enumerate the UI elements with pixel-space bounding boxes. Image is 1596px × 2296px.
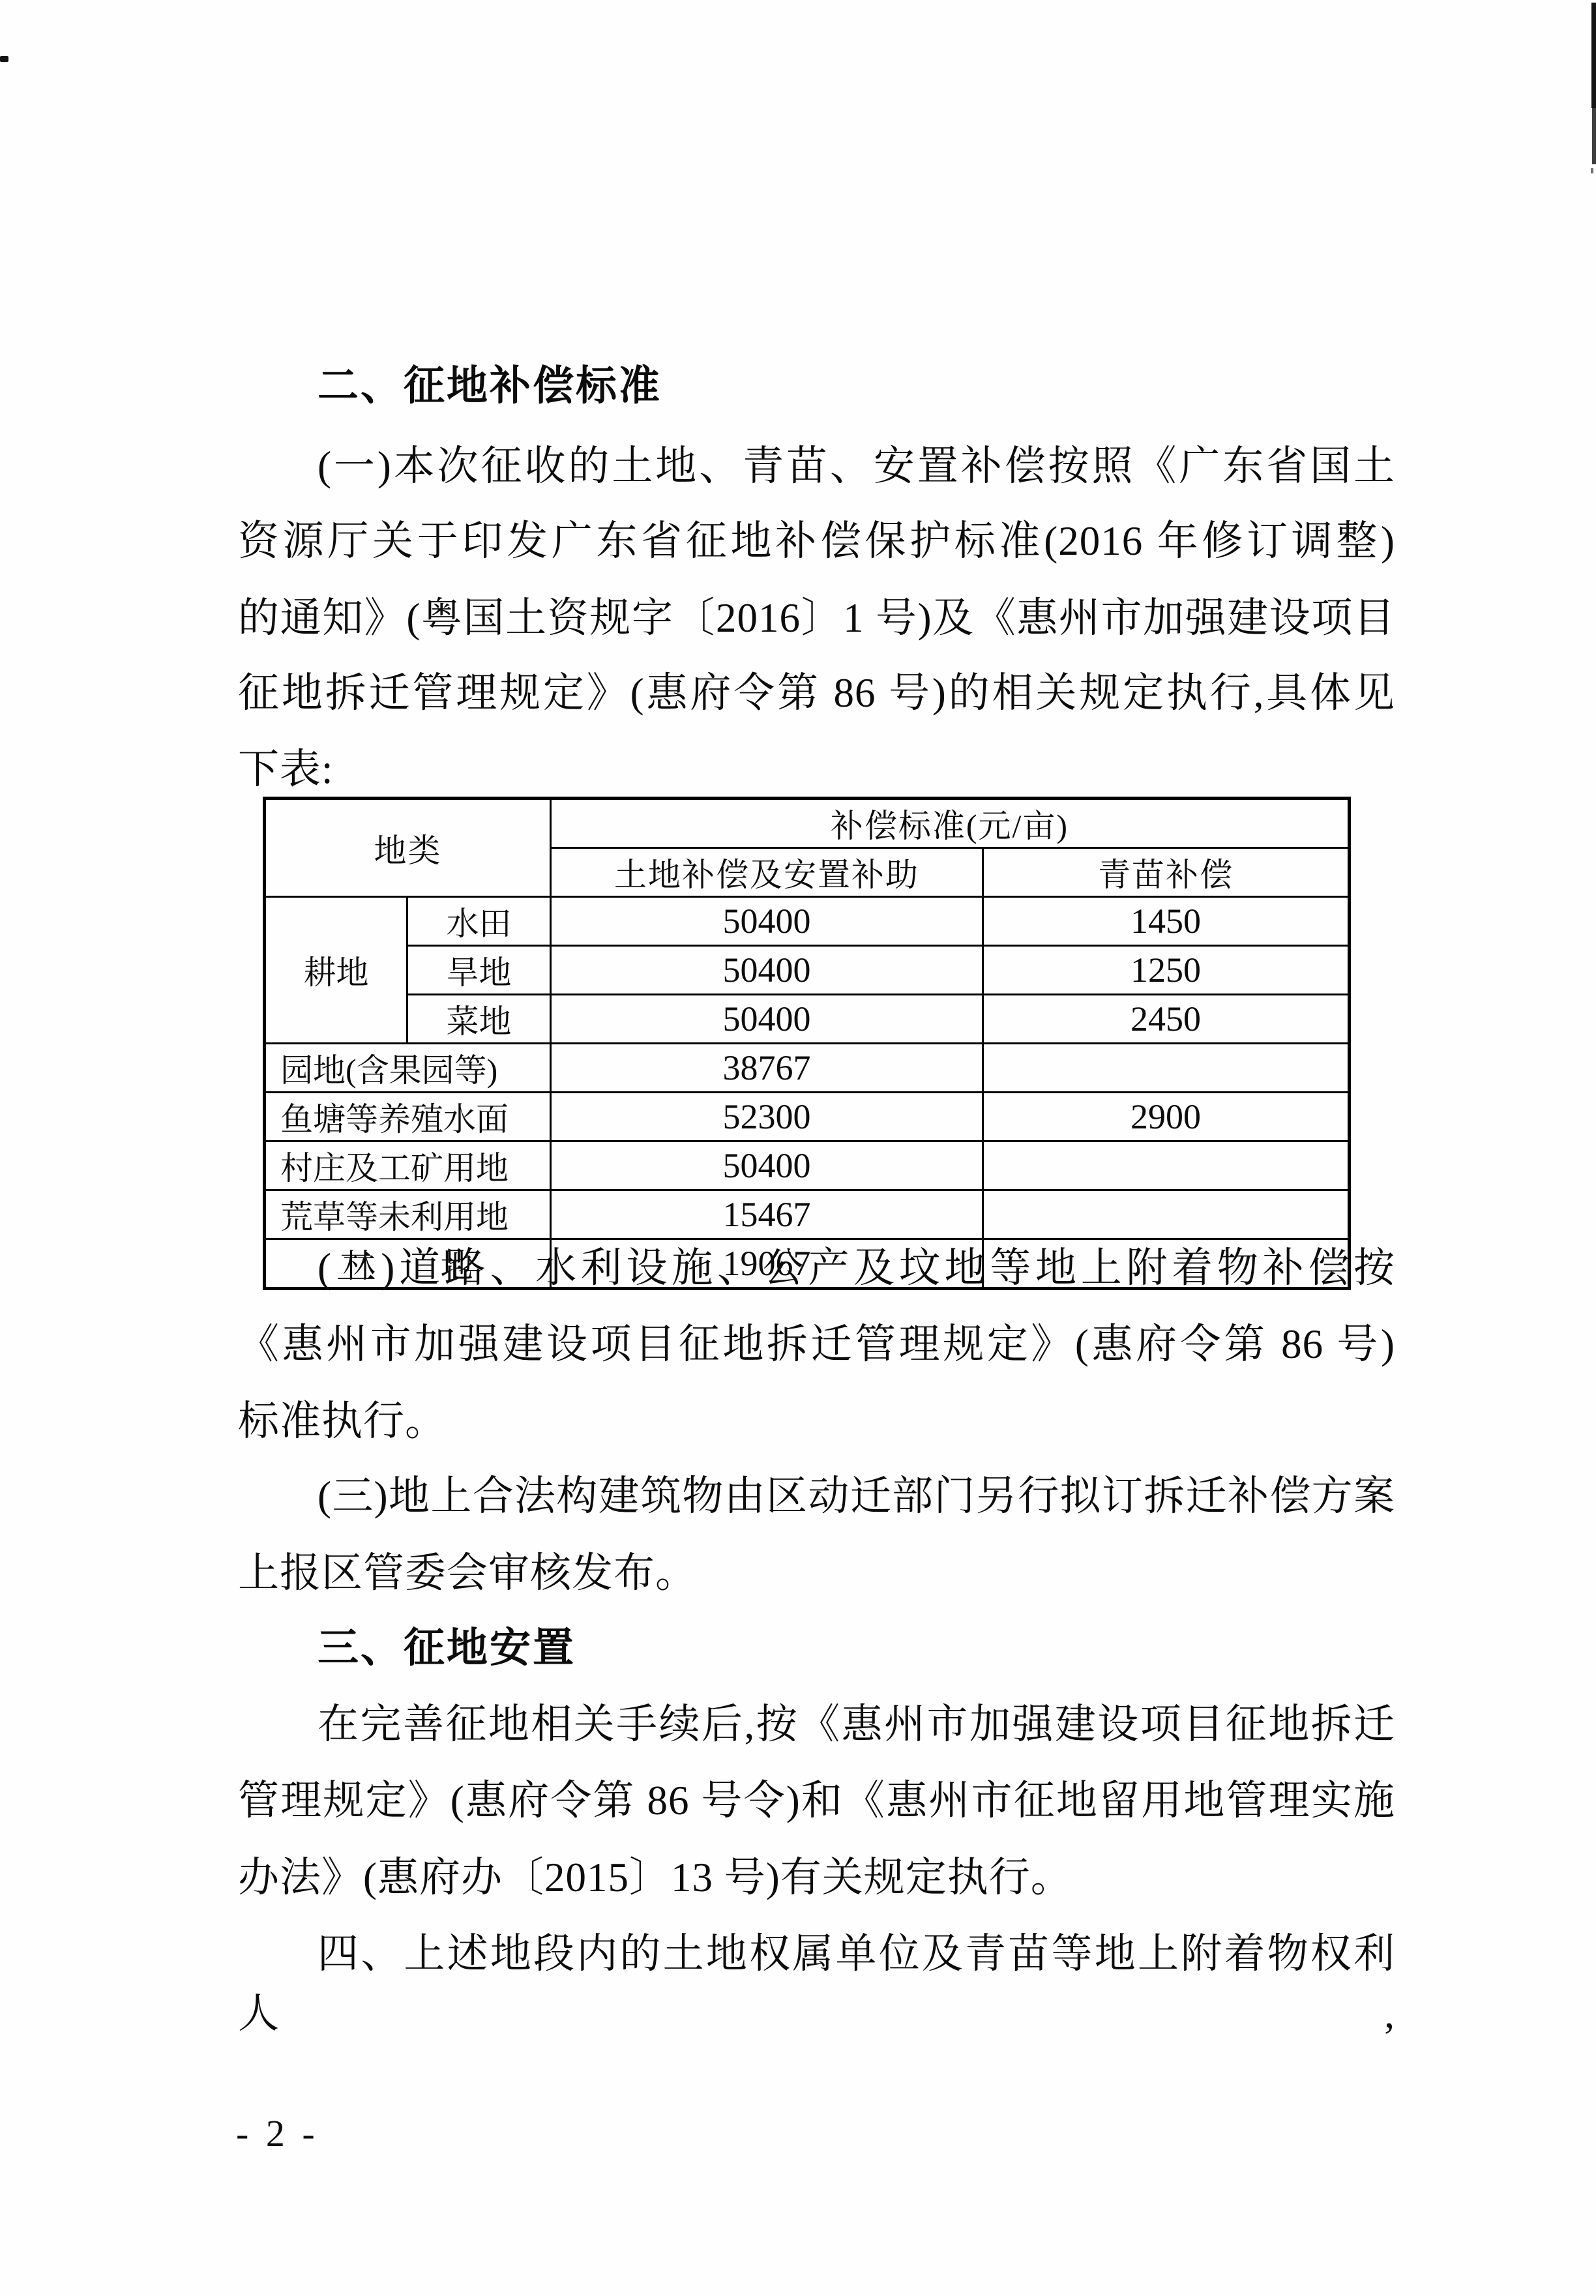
cell-land-comp: 15467 [551,1190,983,1239]
cell-seedling-comp [983,1044,1350,1093]
cell-land-comp: 38767 [551,1044,983,1093]
cell-label: 水田 [407,897,551,946]
para1-line3: 的通知》(粤国土资规字〔2016〕1 号)及《惠州市加强建设项目 [238,588,1395,648]
para3-line1: (三)地上合法构建筑物由区动迁部门另行拟订拆迁补偿方案 [238,1466,1395,1526]
cell-label: 荒草等未利用地 [265,1190,551,1239]
table-row-village: 村庄及工矿用地 50400 [265,1141,1350,1190]
cell-land-comp: 50400 [551,1141,983,1190]
scanned-document-page: 二、征地补偿标准 (一)本次征收的土地、青苗、安置补偿按照《广东省国土 资源厅关… [0,0,1596,2296]
table-row-dry: 旱地 50400 1250 [265,946,1350,995]
cell-land-comp: 50400 [551,995,983,1044]
para4-line3: 办法》(惠府办〔2015〕13 号)有关规定执行。 [238,1847,1395,1907]
table-row-orchard: 园地(含果园等) 38767 [265,1044,1350,1093]
para3-line2: 上报区管委会审核发布。 [238,1543,1395,1603]
para1-line5: 下表: [238,739,1395,799]
cell-seedling-comp: 2900 [983,1093,1350,1141]
cell-land-comp: 50400 [551,946,983,995]
cell-land-comp: 52300 [551,1093,983,1141]
cell-seedling-comp: 1450 [983,897,1350,946]
para1-line1: (一)本次征收的土地、青苗、安置补偿按照《广东省国土 [238,436,1395,496]
para5-line1: 四、上述地段内的土地权属单位及青苗等地上附着物权利人, [238,1924,1395,2044]
para1-line4: 征地拆迁管理规定》(惠府令第 86 号)的相关规定执行,具体见 [238,663,1395,723]
scan-artifact-right-edge-bar-lower [1592,108,1596,164]
para1-line2: 资源厅关于印发广东省征地补偿保护标准(2016 年修订调整) [238,511,1395,571]
header-land-and-resettlement: 土地补偿及安置补助 [551,848,983,897]
cell-label: 菜地 [407,995,551,1044]
header-compensation-standard: 补偿标准(元/亩) [551,799,1350,848]
section-heading-land-resettlement: 三、征地安置 [238,1618,1395,1678]
table-row-paddy: 耕地 水田 50400 1450 [265,897,1350,946]
cell-seedling-comp [983,1141,1350,1190]
para2-line1: (二)道路、水利设施、公产及坟地等地上附着物补偿按 [238,1238,1395,1298]
cell-seedling-comp [983,1190,1350,1239]
cell-seedling-comp: 1250 [983,946,1350,995]
table-row-vegetable: 菜地 50400 2450 [265,995,1350,1044]
table-header-row-1: 地类 补偿标准(元/亩) [265,799,1350,848]
cell-cultivated-land-group: 耕地 [265,897,407,1044]
para4-line2: 管理规定》(惠府令第 86 号令)和《惠州市征地留用地管理实施 [238,1771,1395,1831]
scan-artifact-right-edge-bar [1591,3,1596,108]
cell-land-comp: 50400 [551,897,983,946]
cell-label: 旱地 [407,946,551,995]
para4-line1: 在完善征地相关手续后,按《惠州市加强建设项目征地拆迁 [238,1694,1395,1754]
scan-artifact-right-edge-speck [1591,168,1593,173]
section-heading-compensation-standard: 二、征地补偿标准 [238,356,1395,416]
table-row-wasteland: 荒草等未利用地 15467 [265,1190,1350,1239]
cell-label: 村庄及工矿用地 [265,1141,551,1190]
header-land-category: 地类 [265,799,551,897]
cell-seedling-comp: 2450 [983,995,1350,1044]
para2-line2: 《惠州市加强建设项目征地拆迁管理规定》(惠府令第 86 号) [238,1314,1395,1374]
page-number: - 2 - [236,2108,319,2160]
compensation-table: 地类 补偿标准(元/亩) 土地补偿及安置补助 青苗补偿 耕地 水田 50400 … [263,797,1351,1290]
table-row-fishpond: 鱼塘等养殖水面 52300 2900 [265,1093,1350,1141]
para2-line3: 标准执行。 [238,1391,1395,1451]
cell-label: 鱼塘等养殖水面 [265,1093,551,1141]
cell-label: 园地(含果园等) [265,1044,551,1093]
scan-artifact-left-dash [0,56,8,62]
header-seedling-compensation: 青苗补偿 [983,848,1350,897]
